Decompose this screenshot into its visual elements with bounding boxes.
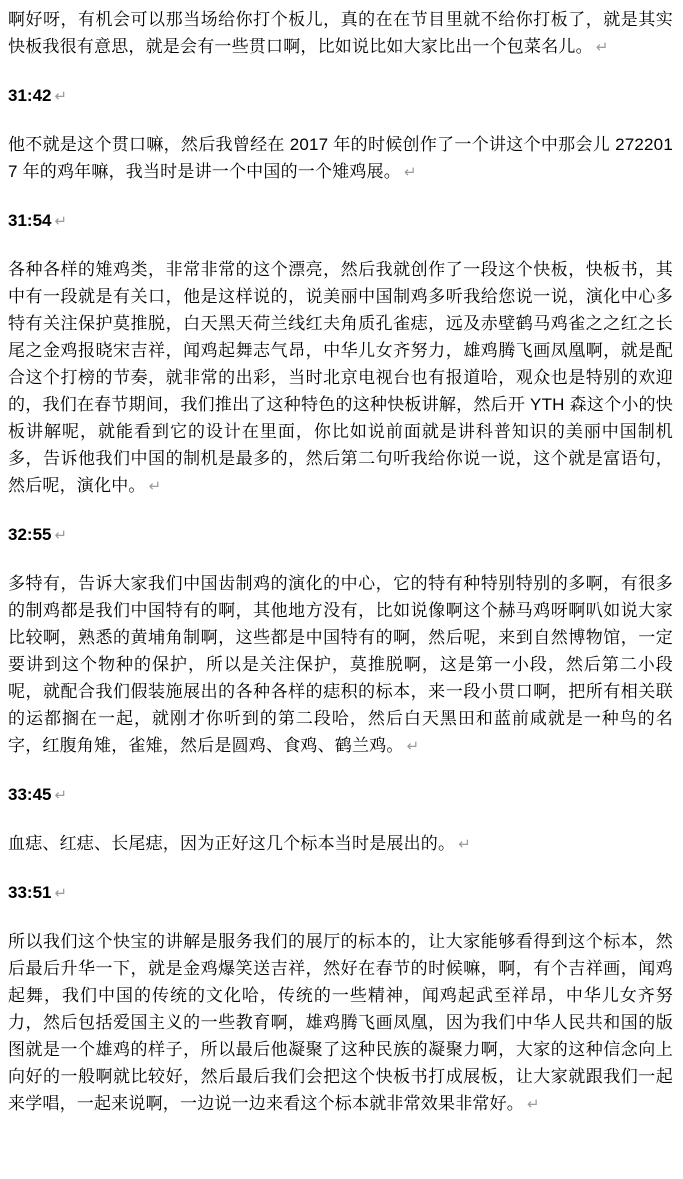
paragraph-mark-icon: ↵	[51, 213, 67, 230]
paragraph-mark-icon: ↵	[51, 88, 67, 105]
timestamp: 31:54↵	[8, 207, 673, 235]
timestamp: 31:42↵	[8, 82, 673, 110]
timestamp-text: 32:55	[8, 525, 51, 544]
paragraph-text: 啊好呀，有机会可以那当场给你打个板儿，真的在在节目里就不给你打板了，就是其实快板…	[8, 10, 673, 56]
paragraph-mark-icon: ↵	[524, 1096, 540, 1113]
paragraph-text: 多特有，告诉大家我们中国齿制鸡的演化的中心，它的特有种特别特别的多啊，有很多的制…	[8, 574, 673, 755]
transcript-paragraph: 他不就是这个贯口嘛，然后我曾经在 2017 年的时候创作了一个讲这个中那会儿 2…	[8, 131, 673, 186]
transcript-paragraph: 血痣、红痣、长尾痣，因为正好这几个标本当时是展出的。↵	[8, 830, 673, 858]
timestamp: 33:45↵	[8, 781, 673, 809]
paragraph-mark-icon: ↵	[51, 527, 67, 544]
paragraph-text: 他不就是这个贯口嘛，然后我曾经在 2017 年的时候创作了一个讲这个中那会儿 2…	[8, 135, 673, 181]
timestamp: 32:55↵	[8, 521, 673, 549]
document-page: 啊好呀，有机会可以那当场给你打个板儿，真的在在节目里就不给你打板了，就是其实快板…	[0, 0, 683, 1179]
transcript-paragraph: 啊好呀，有机会可以那当场给你打个板儿，真的在在节目里就不给你打板了，就是其实快板…	[8, 6, 673, 61]
paragraph-text: 血痣、红痣、长尾痣，因为正好这几个标本当时是展出的。	[8, 834, 455, 853]
timestamp: 33:51↵	[8, 879, 673, 907]
paragraph-mark-icon: ↵	[51, 885, 67, 902]
transcript-paragraph: 所以我们这个快宝的讲解是服务我们的展厅的标本的，让大家能够看得到这个标本，然后最…	[8, 928, 673, 1118]
timestamp-text: 31:42	[8, 86, 51, 105]
timestamp-text: 33:51	[8, 883, 51, 902]
transcript-paragraph: 多特有，告诉大家我们中国齿制鸡的演化的中心，它的特有种特别特别的多啊，有很多的制…	[8, 570, 673, 760]
paragraph-mark-icon: ↵	[146, 478, 162, 495]
paragraph-text: 所以我们这个快宝的讲解是服务我们的展厅的标本的，让大家能够看得到这个标本，然后最…	[8, 932, 673, 1113]
timestamp-text: 31:54	[8, 211, 51, 230]
paragraph-mark-icon: ↵	[455, 836, 471, 853]
paragraph-mark-icon: ↵	[401, 164, 417, 181]
paragraph-mark-icon: ↵	[593, 39, 609, 56]
paragraph-text: 各种各样的雉鸡类，非常非常的这个漂亮，然后我就创作了一段这个快板，快板书，其中有…	[8, 260, 673, 495]
transcript-paragraph: 各种各样的雉鸡类，非常非常的这个漂亮，然后我就创作了一段这个快板，快板书，其中有…	[8, 256, 673, 500]
timestamp-text: 33:45	[8, 785, 51, 804]
paragraph-mark-icon: ↵	[404, 738, 420, 755]
paragraph-mark-icon: ↵	[51, 787, 67, 804]
